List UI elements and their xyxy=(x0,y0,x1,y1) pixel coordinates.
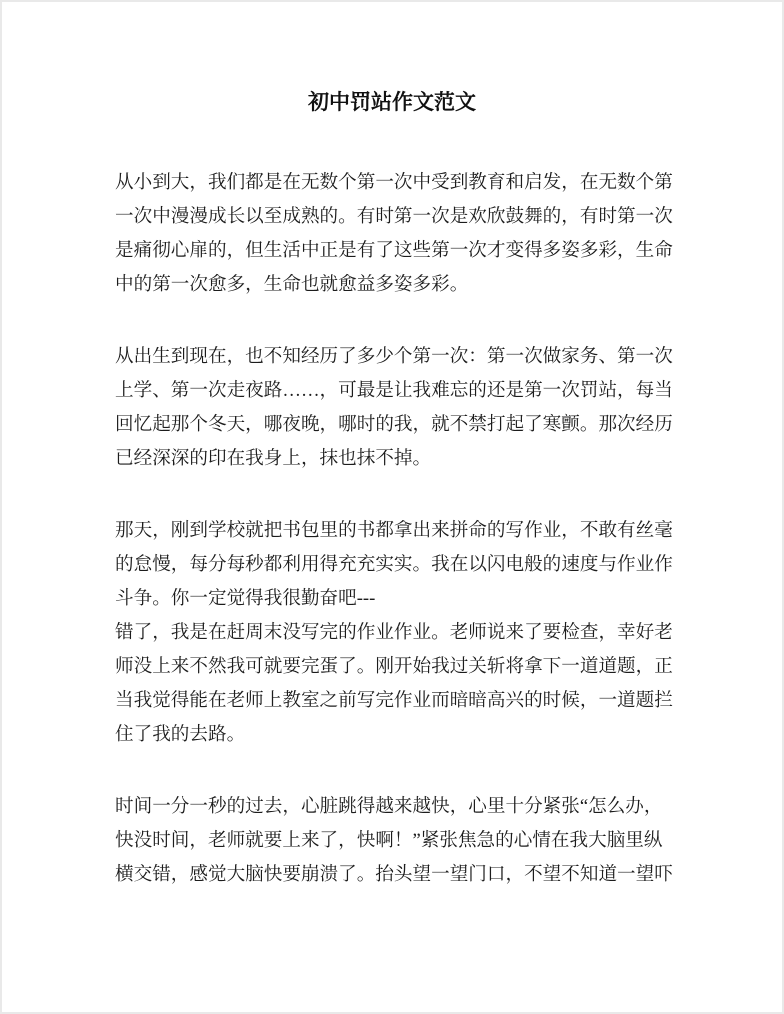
paragraph-line: 斗争。你一定觉得我很勤奋吧--- xyxy=(115,582,692,616)
paragraph-4: 时间一分一秒的过去，心脏跳得越来越快，心里十分紧张“怎么办， 快没时间，老师就要… xyxy=(115,790,692,892)
paragraph-line: 时间一分一秒的过去，心脏跳得越来越快，心里十分紧张“怎么办， xyxy=(115,790,692,824)
paragraph-line: 那天，刚到学校就把书包里的书都拿出来拼命的写作业，不敢有丝毫 xyxy=(115,514,692,548)
paragraph-line: 从出生到现在，也不知经历了多少个第一次：第一次做家务、第一次 xyxy=(115,340,692,374)
paragraph-line: 一次中漫漫成长以至成熟的。有时第一次是欢欣鼓舞的，有时第一次 xyxy=(115,200,692,234)
paragraph-line: 已经深深的印在我身上，抹也抹不掉。 xyxy=(115,442,692,476)
paragraph-3: 那天，刚到学校就把书包里的书都拿出来拼命的写作业，不敢有丝毫 的怠慢，每分每秒都… xyxy=(115,514,692,752)
paragraph-line: 师没上来不然我可就要完蛋了。刚开始我过关斩将拿下一道道题，正 xyxy=(115,650,692,684)
paragraph-1: 从小到大，我们都是在无数个第一次中受到教育和启发，在无数个第 一次中漫漫成长以至… xyxy=(115,166,692,302)
paragraph-line: 上学、第一次走夜路……，可最是让我难忘的还是第一次罚站，每当 xyxy=(115,374,692,408)
document-body: 从小到大，我们都是在无数个第一次中受到教育和启发，在无数个第 一次中漫漫成长以至… xyxy=(2,166,782,892)
paragraph-line: 错了，我是在赶周末没写完的作业作业。老师说来了要检查，幸好老 xyxy=(115,616,692,650)
paragraph-line: 中的第一次愈多，生命也就愈益多姿多彩。 xyxy=(115,268,692,302)
paragraph-line: 当我觉得能在老师上教室之前写完作业而暗暗高兴的时候，一道题拦 xyxy=(115,684,692,718)
document-page: 初中罚站作文范文 从小到大，我们都是在无数个第一次中受到教育和启发，在无数个第 … xyxy=(0,0,784,1014)
paragraph-line: 快没时间，老师就要上来了，快啊！”紧张焦急的心情在我大脑里纵 xyxy=(115,824,692,858)
paragraph-line: 住了我的去路。 xyxy=(115,718,692,752)
paragraph-2: 从出生到现在，也不知经历了多少个第一次：第一次做家务、第一次 上学、第一次走夜路… xyxy=(115,340,692,476)
paragraph-line: 是痛彻心扉的，但生活中正是有了这些第一次才变得多姿多彩，生命 xyxy=(115,234,692,268)
paragraph-line: 的怠慢，每分每秒都利用得充充实实。我在以闪电般的速度与作业作 xyxy=(115,548,692,582)
document-title: 初中罚站作文范文 xyxy=(2,88,782,118)
paragraph-line: 回忆起那个冬天，哪夜晚，哪时的我，就不禁打起了寒颤。那次经历 xyxy=(115,408,692,442)
paragraph-line: 从小到大，我们都是在无数个第一次中受到教育和启发，在无数个第 xyxy=(115,166,692,200)
paragraph-line: 横交错，感觉大脑快要崩溃了。抬头望一望门口，不望不知道一望吓 xyxy=(115,858,692,892)
